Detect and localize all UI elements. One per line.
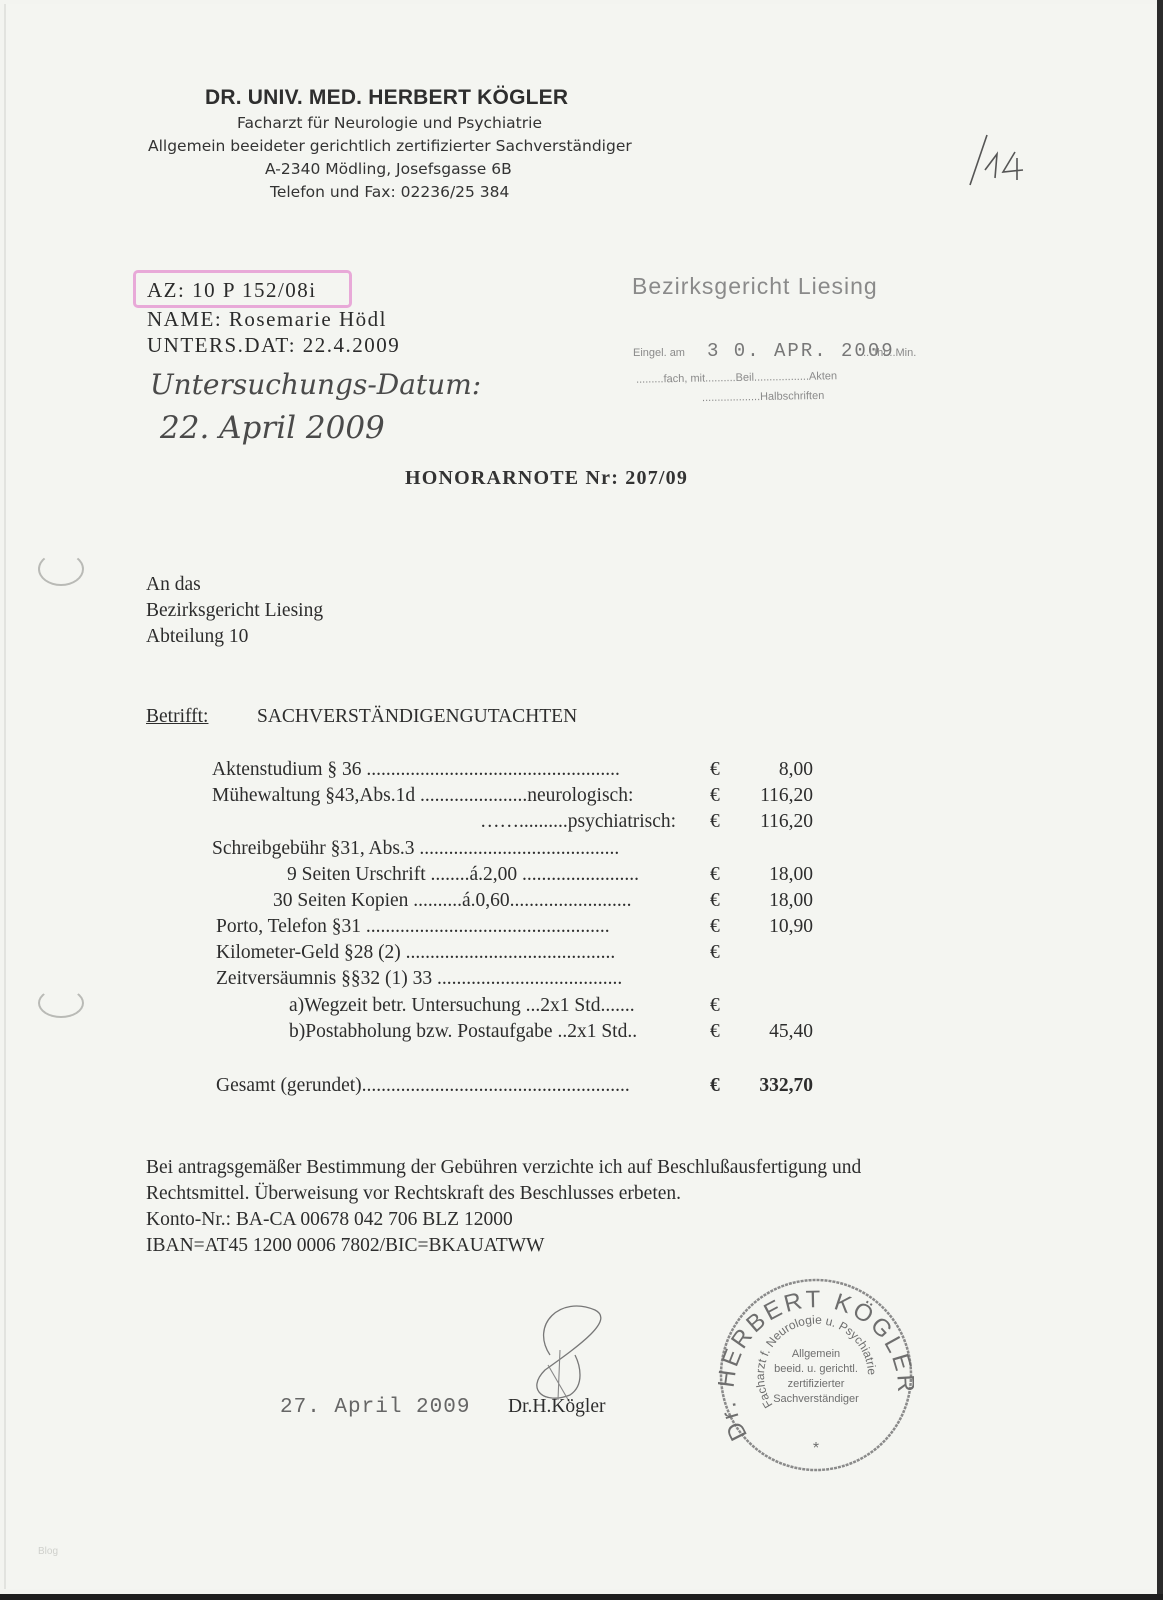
fee-amount: 18,00: [730, 890, 813, 912]
total-currency: €: [710, 1075, 720, 1097]
court-stamp-title: Bezirksgericht Liesing: [632, 273, 878, 300]
svg-text:Allgemein: Allgemein: [792, 1348, 840, 1360]
doctor-phone-fax: Telefon und Fax: 02236/25 384: [270, 183, 509, 201]
fee-currency: €: [710, 916, 720, 938]
date-stamp: 27. April 2009: [280, 1396, 470, 1419]
svg-text:beeid. u. gerichtl.: beeid. u. gerichtl.: [774, 1363, 858, 1375]
svg-text:zertifizierter: zertifizierter: [788, 1378, 845, 1390]
closing-line1: Bei antragsgemäßer Bestimmung der Gebühr…: [146, 1157, 861, 1179]
doctor-address: A-2340 Mödling, Josefsgasse 6B: [265, 160, 512, 178]
stamp-received-label: Eingel. am: [633, 347, 685, 359]
exam-date: UNTERS.DAT: 22.4.2009: [147, 333, 400, 358]
fee-label: Schreibgebühr §31, Abs.3 ...............…: [212, 838, 619, 860]
fee-label: Kilometer-Geld §28 (2) .................…: [216, 942, 615, 964]
fee-label: Aktenstudium § 36 ......................…: [212, 759, 620, 781]
stamp-time: ....Uhr...Min.: [857, 347, 916, 359]
folio-handwritten: [965, 130, 1045, 190]
fee-currency: €: [710, 864, 720, 886]
punch-hole-bottom: [38, 988, 84, 1018]
bank-account: Konto-Nr.: BA-CA 00678 042 706 BLZ 12000: [146, 1209, 513, 1231]
fee-amount: 116,20: [730, 811, 813, 833]
official-seal: Dr. HERBERT KÖGLER Facharzt f. Neurologi…: [718, 1275, 914, 1475]
fee-amount: 10,90: [730, 916, 813, 938]
case-number: AZ: 10 P 152/08i: [147, 278, 317, 303]
punch-hole-top: [38, 552, 84, 586]
handwritten-note-date: 22. April 2009: [160, 410, 385, 446]
fee-currency: €: [710, 811, 720, 833]
fee-label: b)Postabholung bzw. Postaufgabe ..2x1 St…: [289, 1021, 637, 1043]
total-label: Gesamt (gerundet).......................…: [216, 1075, 630, 1097]
fee-label: Zeitversäumnis §§32 (1) 33 .............…: [216, 968, 622, 990]
subject-value: SACHVERSTÄNDIGENGUTACHTEN: [257, 706, 577, 728]
fee-currency: €: [710, 1021, 720, 1043]
fee-currency: €: [710, 890, 720, 912]
fee-currency: €: [710, 995, 720, 1017]
fee-label: 9 Seiten Urschrift ........á.2,00 ......…: [287, 864, 639, 886]
doctor-specialty: Facharzt für Neurologie und Psychiatrie: [237, 114, 542, 132]
signature: [520, 1295, 610, 1405]
fee-amount: 18,00: [730, 864, 813, 886]
fee-label: a)Wegzeit betr. Untersuchung ...2x1 Std.…: [289, 995, 635, 1017]
fee-currency: €: [710, 785, 720, 807]
fee-amount: 116,20: [730, 785, 813, 807]
svg-text:*: *: [813, 1440, 819, 1457]
fee-currency: €: [710, 759, 720, 781]
total-amount: 332,70: [730, 1075, 813, 1097]
stamp-line3: ...................Halbschriften: [702, 390, 824, 404]
recipient-line3: Abteilung 10: [146, 626, 248, 648]
fee-amount: 8,00: [730, 759, 813, 781]
doctor-name: DR. UNIV. MED. HERBERT KÖGLER: [205, 86, 568, 110]
watermark: Blog: [38, 1546, 58, 1557]
fee-label: ……..........psychiatrisch:: [480, 811, 676, 833]
recipient-line1: An das: [146, 574, 201, 596]
scan-edge-bottom: [0, 1594, 1163, 1600]
iban: IBAN=AT45 1200 0006 7802/BIC=BKAUATWW: [146, 1235, 544, 1257]
fee-currency: €: [710, 942, 720, 964]
fee-label: Mühewaltung §43,Abs.1d .................…: [212, 785, 633, 807]
closing-line2: Rechtsmittel. Überweisung vor Rechtskraf…: [146, 1183, 681, 1205]
recipient-line2: Bezirksgericht Liesing: [146, 600, 323, 622]
fee-label: Porto, Telefon §31 .....................…: [216, 916, 610, 938]
fee-label: 30 Seiten Kopien ..........á.0,60.......…: [273, 890, 632, 912]
subject-label: Betrifft:: [146, 706, 208, 728]
fee-amount: 45,40: [730, 1021, 813, 1043]
document-title: HONORARNOTE Nr: 207/09: [405, 467, 688, 490]
svg-text:Sachverständiger: Sachverständiger: [773, 1393, 859, 1405]
patient-name: NAME: Rosemarie Hödl: [147, 307, 387, 332]
doctor-certification: Allgemein beeideter gerichtlich zertifiz…: [148, 137, 632, 155]
scan-edge-right: [1157, 0, 1163, 1600]
signature-name: Dr.H.Kögler: [508, 1396, 605, 1418]
handwritten-note-label: Untersuchungs-Datum:: [150, 368, 481, 401]
